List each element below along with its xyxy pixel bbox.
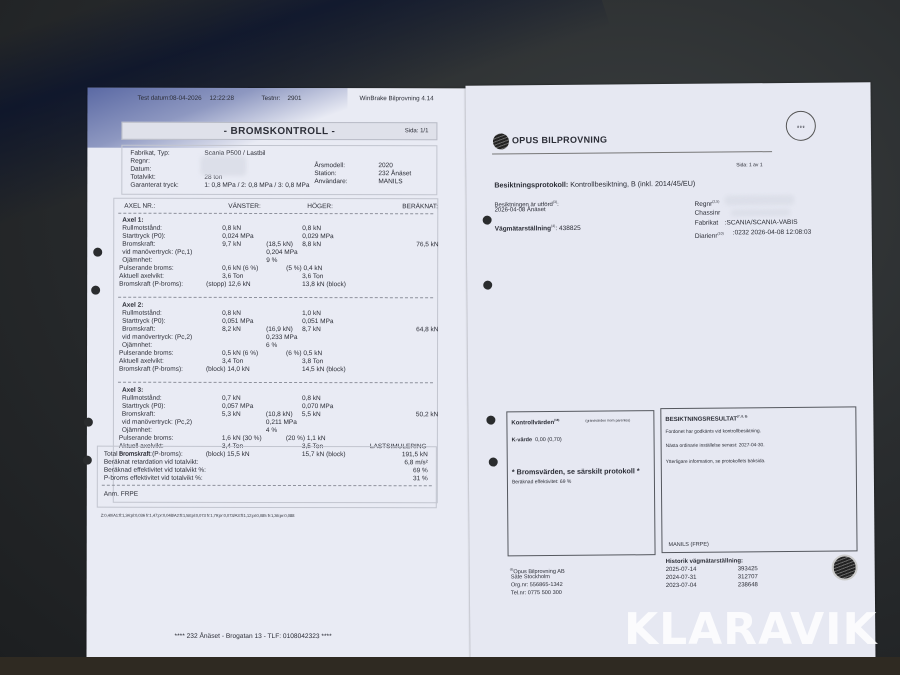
- make-label: Fabrikat, Typ:: [130, 150, 169, 158]
- k-value-label: K-värde: [512, 437, 533, 443]
- axle-pressure-label: vid manövertryck: (Pc,2): [122, 334, 192, 342]
- totals-section: Total bromskraft:191,5 kNBeräknat retard…: [97, 446, 437, 509]
- axle-uneven: 6 %: [266, 342, 277, 350]
- axle-uneven-label: Ojämnhet:: [122, 342, 152, 350]
- brake-values-note: * Bromsvärden, se särskilt protokoll *: [512, 467, 640, 476]
- odometer: Vägmätarställning(4): 438825: [495, 222, 581, 234]
- history-value: 312707: [738, 573, 758, 581]
- diary-label: Diarienr(10): [695, 230, 724, 241]
- diary-value: :0232 2026-04-08 12:08:03: [733, 229, 812, 238]
- axle-pulse-l: 0,5 kN (6 %): [222, 350, 258, 358]
- software-version: WinBrake Bilprovning 4.14: [359, 95, 433, 102]
- axle-pressure: 0,204 MPa: [266, 249, 297, 257]
- punch-hole: [483, 281, 492, 290]
- axle-start-r: 0,029 MPa: [302, 233, 333, 241]
- axle-pulse-r: (6 %) 0,5 kN: [286, 350, 322, 358]
- axle-force-r: 8,7 kN: [302, 326, 321, 334]
- divider: [118, 382, 433, 384]
- axle-start-l: 0,051 MPa: [222, 318, 253, 326]
- axle-axle-weight-l: 3,6 Ton: [222, 273, 243, 281]
- axle-axle-weight-r: 3,8 Ton: [302, 358, 323, 366]
- make-label: Fabrikat: [695, 220, 719, 228]
- divider: [118, 213, 433, 215]
- odometer-history-list: 2025-07-143934252024-07-313127072023-07-…: [465, 82, 870, 86]
- axle-axle-weight-label: Aktuell axelvikt:: [119, 358, 164, 366]
- axle-start-r: 0,051 MPa: [302, 318, 333, 326]
- result-title-text: BESIKTNINGSRESULTAT: [665, 416, 737, 423]
- result-line-2: Nästa ordinarie inställelse senast: 2027…: [666, 442, 765, 451]
- protocol-title-rest: Kontrollbesiktning, B (inkl. 2014/45/EU): [568, 179, 695, 189]
- regnr-label-text: Regnr: [694, 201, 712, 208]
- axle-pulse-label: Pulserande broms:: [119, 350, 174, 358]
- protocol-title: Besiktningsprotokoll: Kontrollbesiktning…: [494, 180, 695, 190]
- axle-rolling-r: 1,0 kN: [302, 310, 321, 318]
- axle-pbrake-l: (stopp) 12,6 kN: [206, 281, 250, 289]
- col-left: VÄNSTER:: [228, 203, 261, 211]
- footer-address: **** 232 Ånäset - Brogatan 13 - TLF: 010…: [175, 633, 332, 641]
- axle-axle-weight-r: 3,6 Ton: [302, 273, 323, 281]
- history-value: 238648: [738, 581, 758, 589]
- col-axle: AXEL NR.:: [124, 203, 155, 211]
- axle-pressure-label: vid manövertryck: (Pc,2): [122, 419, 192, 427]
- inspector-signature: MANILS (FRPE): [668, 541, 708, 549]
- user-label: Användare:: [314, 178, 347, 186]
- axle-rolling-label: Rullmotstånd:: [122, 395, 162, 403]
- odometer-value: 438825: [559, 225, 581, 232]
- axle-pbrake-label: Bromskraft (P-broms):: [119, 366, 183, 374]
- odometer-label: Vägmätarställning: [495, 225, 551, 232]
- redacted-regnr: [724, 195, 794, 206]
- brand-name: OPUS BILPROVNING: [512, 135, 607, 147]
- axle-pulse-r: (20 %) 1,1 kN: [286, 435, 326, 443]
- axle-force-label: Bromskraft:: [122, 241, 155, 249]
- k-value-text: 0,00 (0,70): [535, 437, 562, 443]
- footnote-ref: (7, 8, 9): [737, 414, 747, 418]
- redacted-chassis: [731, 209, 791, 217]
- axle-start-label: Starttryck (P0):: [122, 233, 165, 241]
- page-number: Sida: 1 av 1: [736, 161, 762, 169]
- axle-pbrake-label: Bromskraft (P-broms):: [119, 281, 183, 289]
- axle-force-label: Bromskraft:: [122, 326, 155, 334]
- floor-edge: [0, 657, 900, 675]
- page-number: Sida: 1/1: [405, 128, 429, 134]
- date-label: Datum:: [130, 166, 151, 174]
- title-bar: - BROMSKONTROLL - Sida: 1/1: [121, 122, 437, 141]
- watermark-logo: KLARAVIK: [624, 604, 878, 655]
- punch-hole: [483, 216, 492, 225]
- control-values-title: Kontrollvärden(18): [511, 416, 559, 427]
- control-values-hint: (gränsvärden inom parentes): [585, 416, 630, 424]
- guaranteed-pressure-label: Garanterat tryck:: [130, 182, 178, 190]
- col-calc: BERÄKNAT:: [402, 203, 438, 211]
- axle-force-sum: (18,5 kN): [266, 241, 293, 249]
- axle-title: Axel 1:: [122, 217, 143, 225]
- control-values-box: Kontrollvärden(18) (gränsvärden inom par…: [506, 410, 655, 556]
- make-value: :SCANIA/SCANIA-VABIS: [725, 219, 798, 228]
- axle-axle-weight-l: 3,4 Ton: [222, 358, 243, 366]
- axle-calc: 50,2 kN: [416, 411, 438, 419]
- axle-uneven-label: Ojämnhet:: [122, 257, 152, 265]
- punch-hole: [84, 418, 93, 427]
- history-date: 2023-07-04: [666, 582, 697, 590]
- divider: [118, 297, 433, 299]
- axle-pulse-l: 1,6 kN (30 %): [222, 435, 262, 443]
- axle-rolling-label: Rullmotstånd:: [122, 310, 162, 318]
- footnote-ref: (18): [554, 418, 559, 422]
- total-label: Total bromskraft:: [104, 451, 152, 459]
- axle-force-l: 8,2 kN: [222, 326, 241, 334]
- test-time: 12:22:28: [209, 95, 234, 102]
- axle-pressure: 0,211 MPa: [266, 419, 297, 427]
- footnote-ref: (10): [718, 232, 724, 236]
- test-nr-label: Testnr:: [261, 95, 280, 102]
- page-title: - BROMSKONTROLL -: [122, 126, 436, 138]
- axle-uneven: 9 %: [266, 257, 277, 265]
- axle-force-sum: (10,8 kN): [266, 411, 293, 419]
- punch-hole: [83, 456, 92, 465]
- station-label: Station:: [314, 170, 336, 178]
- punch-hole: [93, 248, 102, 257]
- protocol-title-bold: Besiktningsprotokoll:: [494, 180, 568, 190]
- col-right: HÖGER:: [307, 203, 333, 211]
- test-header: Test datum: 08-04-2026 12:22:28 Testnr: …: [137, 95, 452, 106]
- axle-force-l: 5,3 kN: [222, 411, 241, 419]
- control-values-title-text: Kontrollvärden: [511, 420, 554, 426]
- redacted-regnr: [200, 156, 246, 176]
- axle-pressure: 0,233 MPa: [266, 334, 297, 342]
- model-year-label: Årsmodell:: [314, 162, 345, 170]
- axle-start-l: 0,024 MPa: [222, 233, 253, 241]
- axle-rolling-l: 0,7 kN: [222, 395, 241, 403]
- axle-pbrake-r: 14,5 kN (block): [302, 366, 346, 374]
- opus-logo-icon: [493, 133, 509, 149]
- total-label: Beräknat retardation vid totalvikt:: [104, 459, 199, 467]
- swedac-certification-icon: ♛♛♛: [786, 111, 816, 141]
- test-date: 08-04-2026: [169, 95, 201, 102]
- header-rule: [492, 151, 772, 154]
- remark: Anm. FRPE: [104, 491, 138, 499]
- divider: [102, 485, 432, 487]
- brake-protocol-sheet: Test datum: 08-04-2026 12:22:28 Testnr: …: [87, 88, 473, 661]
- footnote-ref: (2,5): [712, 200, 719, 204]
- result-line-3: Ytterligare information, se protokollets…: [666, 458, 766, 467]
- axle-start-l: 0,057 MPa: [222, 403, 253, 411]
- test-date-label: Test datum:: [137, 95, 170, 102]
- total-label: P-broms effektivitet vid totalvikt %:: [104, 475, 203, 483]
- punch-hole: [91, 286, 100, 295]
- user-value: MANILS: [378, 178, 402, 186]
- diary-label-text: Diarienr: [695, 233, 718, 240]
- axle-force-l: 9,7 kN: [222, 241, 241, 249]
- result-title: BESIKTNINGSRESULTAT(7, 8, 9): [665, 412, 747, 424]
- total-value: 191,5 kN: [402, 451, 428, 459]
- axle-pulse-r: (5 %) 0,4 kN: [286, 265, 322, 273]
- axle-pulse-l: 0,6 kN (6 %): [222, 265, 258, 273]
- axle-title: Axel 2:: [122, 302, 143, 310]
- axle-uneven: 4 %: [266, 427, 277, 435]
- punch-hole: [489, 458, 498, 467]
- history-value: 393425: [738, 565, 758, 573]
- axle-calc: 76,5 kN: [416, 241, 438, 249]
- axle-pbrake-r: 13,8 kN (block): [302, 281, 346, 289]
- guaranteed-pressure-value: 1: 0,8 MPa / 2: 0,8 MPa / 3: 0,8 MPa: [204, 182, 309, 190]
- total-value: 31 %: [413, 475, 428, 483]
- axle-pbrake-l: (block) 14,0 kN: [206, 366, 250, 374]
- history-date: 2024-07-31: [666, 574, 697, 582]
- regnr-label: Regnr(2,5): [694, 198, 719, 209]
- station-value: 232 Ånäset: [378, 170, 411, 178]
- history-date: 2025-07-14: [666, 566, 697, 574]
- axle-axle-weight-label: Aktuell axelvikt:: [119, 273, 164, 281]
- model-year-value: 2020: [378, 162, 392, 170]
- calculated-efficiency: Beräknad effektivitet: 69 %: [512, 478, 571, 487]
- total-value: 6,8 m/s²: [404, 459, 427, 467]
- inspection-result-box: BESIKTNINGSRESULTAT(7, 8, 9) Fordonet ha…: [660, 406, 857, 553]
- total-value: 69 %: [413, 467, 428, 475]
- opus-seal-icon: [832, 554, 858, 580]
- axle-rolling-l: 0,8 kN: [222, 225, 241, 233]
- inspection-protocol-sheet: OPUS BILPROVNING ♛♛♛ Sida: 1 av 1 Besikt…: [465, 82, 875, 666]
- code-line: Z:0,40/A1:fl:1,34;pl:0,036 fr:1,47;pr:0,…: [101, 512, 295, 520]
- vehicle-info: Fabrikat, Typ: Scania P500 / Lastbil Reg…: [121, 145, 437, 196]
- company-phone: Tel.nr: 0775 500 300: [511, 589, 562, 597]
- axle-rolling-r: 0,8 kN: [302, 225, 321, 233]
- axle-start-label: Starttryck (P0):: [122, 318, 165, 326]
- axle-force-r: 5,5 kN: [302, 411, 321, 419]
- axle-uneven-label: Ojämnhet:: [122, 427, 152, 435]
- axle-calc: 64,8 kN: [416, 326, 438, 334]
- footnote-ref: (4): [551, 224, 555, 228]
- axle-start-r: 0,070 MPa: [302, 403, 333, 411]
- punch-hole: [486, 416, 495, 425]
- total-weight-label: Totalvikt:: [130, 174, 155, 182]
- axle-rolling-r: 0,8 kN: [302, 395, 321, 403]
- chassis-label: Chassinr: [695, 210, 721, 218]
- result-line-1: Fordonet har godkänts vid kontrollbesikt…: [665, 428, 761, 437]
- axle-force-sum: (16,9 kN): [266, 326, 293, 334]
- axle-start-label: Starttryck (P0):: [122, 403, 165, 411]
- axle-force-label: Bromskraft:: [122, 411, 155, 419]
- k-value: K-värde 0,00 (0,70): [512, 436, 562, 444]
- footnote-ref: (3): [553, 200, 557, 204]
- axle-rolling-label: Rullmotstånd:: [122, 225, 162, 233]
- performed-value: 2026-04-08 Ånäset: [495, 206, 546, 214]
- total-label: Beräknad effektivitet vid totalvikt %:: [104, 467, 206, 475]
- odometer-history-title: Historik vägmätarställning:: [666, 557, 743, 566]
- test-nr: 2901: [287, 95, 301, 102]
- axle-pressure-label: vid manövertryck: (Pc,1): [122, 249, 192, 257]
- axle-rolling-l: 0,8 kN: [222, 310, 241, 318]
- axle-sections: Axel 1:Rullmotstånd:0,8 kN0,8 kNStarttry…: [114, 199, 437, 200]
- axle-force-r: 8,8 kN: [302, 241, 321, 249]
- totals-list: Total bromskraft:191,5 kNBeräknat retard…: [98, 447, 436, 448]
- axle-pulse-label: Pulserande broms:: [119, 265, 174, 273]
- regnr-label: Regnr:: [130, 158, 150, 166]
- axle-pulse-label: Pulserande broms:: [119, 435, 174, 443]
- axle-title: Axel 3:: [122, 387, 143, 395]
